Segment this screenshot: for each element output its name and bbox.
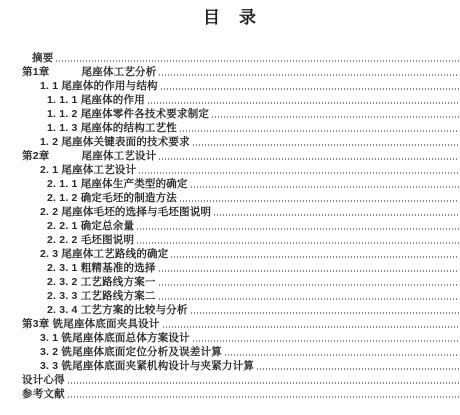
toc-entry-label: 1. 2 尾座体关键表面的技术要求 bbox=[40, 136, 190, 148]
toc-entry-label: 2. 3 尾座体工艺路线的确定 bbox=[40, 248, 168, 260]
toc-entry-label: 第2章 尾座体工艺设计 bbox=[22, 150, 156, 162]
toc-entry-label: 1. 1. 1 尾座体的作用 bbox=[47, 94, 145, 106]
dot-leader bbox=[161, 88, 459, 90]
toc-entry-label: 3. 3 铣尾座体底面夹紧机构设计与夹紧力计算 bbox=[40, 360, 254, 372]
toc-entry: 第3章 铣尾座体底面夹具设计 bbox=[0, 316, 459, 330]
dot-leader bbox=[159, 158, 459, 160]
toc-entry-label: 2. 3. 3 工艺路线方案二 bbox=[47, 290, 156, 302]
toc-entry-label: 摘要 bbox=[32, 52, 53, 64]
dot-leader bbox=[163, 326, 459, 328]
dot-leader bbox=[159, 74, 459, 76]
toc-entry-label: 2. 2. 2 毛坯图说明 bbox=[47, 234, 134, 246]
toc-entry-label: 第1章 尾座体工艺分析 bbox=[22, 66, 156, 78]
toc-entry: 1. 1. 1 尾座体的作用 bbox=[0, 92, 459, 106]
dot-leader bbox=[180, 200, 459, 202]
dot-leader bbox=[257, 368, 459, 370]
dot-leader bbox=[137, 242, 459, 244]
toc-entry-label: 1. 1. 2 尾座体零件各技术要求制定 bbox=[47, 108, 209, 120]
toc-entry-label: 1. 1. 3 尾座体的结构工艺性 bbox=[47, 122, 177, 134]
toc-entry: 第2章 尾座体工艺设计 bbox=[0, 148, 459, 162]
toc-entry: 1. 1. 2 尾座体零件各技术要求制定 bbox=[0, 106, 459, 120]
toc-entry-label: 设计心得 bbox=[22, 374, 65, 386]
toc-entry-label: 2. 3. 4 工艺方案的比较与分析 bbox=[47, 304, 188, 316]
toc-entry: 2. 2. 2 毛坯图说明 bbox=[0, 232, 459, 246]
dot-leader bbox=[193, 340, 459, 342]
toc-entry: 第1章 尾座体工艺分析 bbox=[0, 64, 459, 78]
dot-leader bbox=[212, 116, 459, 118]
toc-entry-label: 2. 2 尾座体毛坯的选择与毛坯图说明 bbox=[40, 206, 211, 218]
dot-leader bbox=[193, 144, 459, 146]
dot-leader bbox=[171, 256, 459, 258]
toc-entry-label: 2. 3. 1 粗精基准的选择 bbox=[47, 262, 156, 274]
dot-leader bbox=[191, 312, 459, 314]
toc-entry: 2. 1. 2 确定毛坯的制造方法 bbox=[0, 190, 459, 204]
toc-entry-label: 2. 1. 1 尾座体生产类型的确定 bbox=[47, 178, 188, 190]
dot-leader bbox=[139, 172, 459, 174]
toc-entry: 2. 3. 2 工艺路线方案一 bbox=[0, 274, 459, 288]
toc-page: 目 录 摘要 第1章 尾座体工艺分析 1. 1 尾座体的作用与结构 1. 1. … bbox=[0, 0, 460, 415]
toc-entry-label: 2. 1. 2 确定毛坯的制造方法 bbox=[47, 192, 177, 204]
toc-entry: 2. 1 尾座体工艺设计 bbox=[0, 162, 459, 176]
toc-entry-label: 2. 2. 1 确定总余量 bbox=[47, 220, 134, 232]
toc-entry: 3. 2 铣尾座体底面定位分析及误差计算 bbox=[0, 344, 459, 358]
toc-entry-label: 3. 1 铣尾座体底面总体方案设计 bbox=[40, 332, 190, 344]
dot-leader bbox=[159, 284, 459, 286]
toc-entry-label: 2. 1 尾座体工艺设计 bbox=[40, 164, 136, 176]
toc-entry: 3. 3 铣尾座体底面夹紧机构设计与夹紧力计算 bbox=[0, 358, 459, 372]
toc-entry: 2. 1. 1 尾座体生产类型的确定 bbox=[0, 176, 459, 190]
toc-entry: 设计心得 bbox=[0, 372, 459, 386]
dot-leader bbox=[56, 60, 459, 62]
page-title: 目 录 bbox=[0, 0, 460, 28]
toc-entry: 摘要 bbox=[0, 50, 459, 64]
toc-entry: 2. 2 尾座体毛坯的选择与毛坯图说明 bbox=[0, 204, 459, 218]
dot-leader bbox=[191, 186, 459, 188]
toc-entry-label: 第3章 铣尾座体底面夹具设计 bbox=[22, 318, 160, 330]
dot-leader bbox=[159, 298, 459, 300]
toc-entry: 2. 3. 4 工艺方案的比较与分析 bbox=[0, 302, 459, 316]
toc-entry-label: 参考文献 bbox=[22, 388, 65, 400]
toc-entry: 1. 2 尾座体关键表面的技术要求 bbox=[0, 134, 459, 148]
dot-leader bbox=[68, 382, 459, 384]
toc-entry-label: 1. 1 尾座体的作用与结构 bbox=[40, 80, 158, 92]
dot-leader bbox=[148, 102, 459, 104]
dot-leader bbox=[214, 214, 459, 216]
dot-leader bbox=[137, 228, 459, 230]
toc-entry: 1. 1 尾座体的作用与结构 bbox=[0, 78, 459, 92]
dot-leader bbox=[225, 354, 459, 356]
toc-entry-label: 2. 3. 2 工艺路线方案一 bbox=[47, 276, 156, 288]
dot-leader bbox=[180, 130, 459, 132]
toc-list: 摘要 第1章 尾座体工艺分析 1. 1 尾座体的作用与结构 1. 1. 1 尾座… bbox=[0, 50, 459, 400]
dot-leader bbox=[68, 396, 459, 398]
toc-entry: 1. 1. 3 尾座体的结构工艺性 bbox=[0, 120, 459, 134]
toc-entry: 3. 1 铣尾座体底面总体方案设计 bbox=[0, 330, 459, 344]
toc-entry: 参考文献 bbox=[0, 386, 459, 400]
toc-entry-label: 3. 2 铣尾座体底面定位分析及误差计算 bbox=[40, 346, 222, 358]
toc-entry: 2. 3 尾座体工艺路线的确定 bbox=[0, 246, 459, 260]
toc-entry: 2. 2. 1 确定总余量 bbox=[0, 218, 459, 232]
toc-entry: 2. 3. 1 粗精基准的选择 bbox=[0, 260, 459, 274]
dot-leader bbox=[159, 270, 459, 272]
toc-entry: 2. 3. 3 工艺路线方案二 bbox=[0, 288, 459, 302]
